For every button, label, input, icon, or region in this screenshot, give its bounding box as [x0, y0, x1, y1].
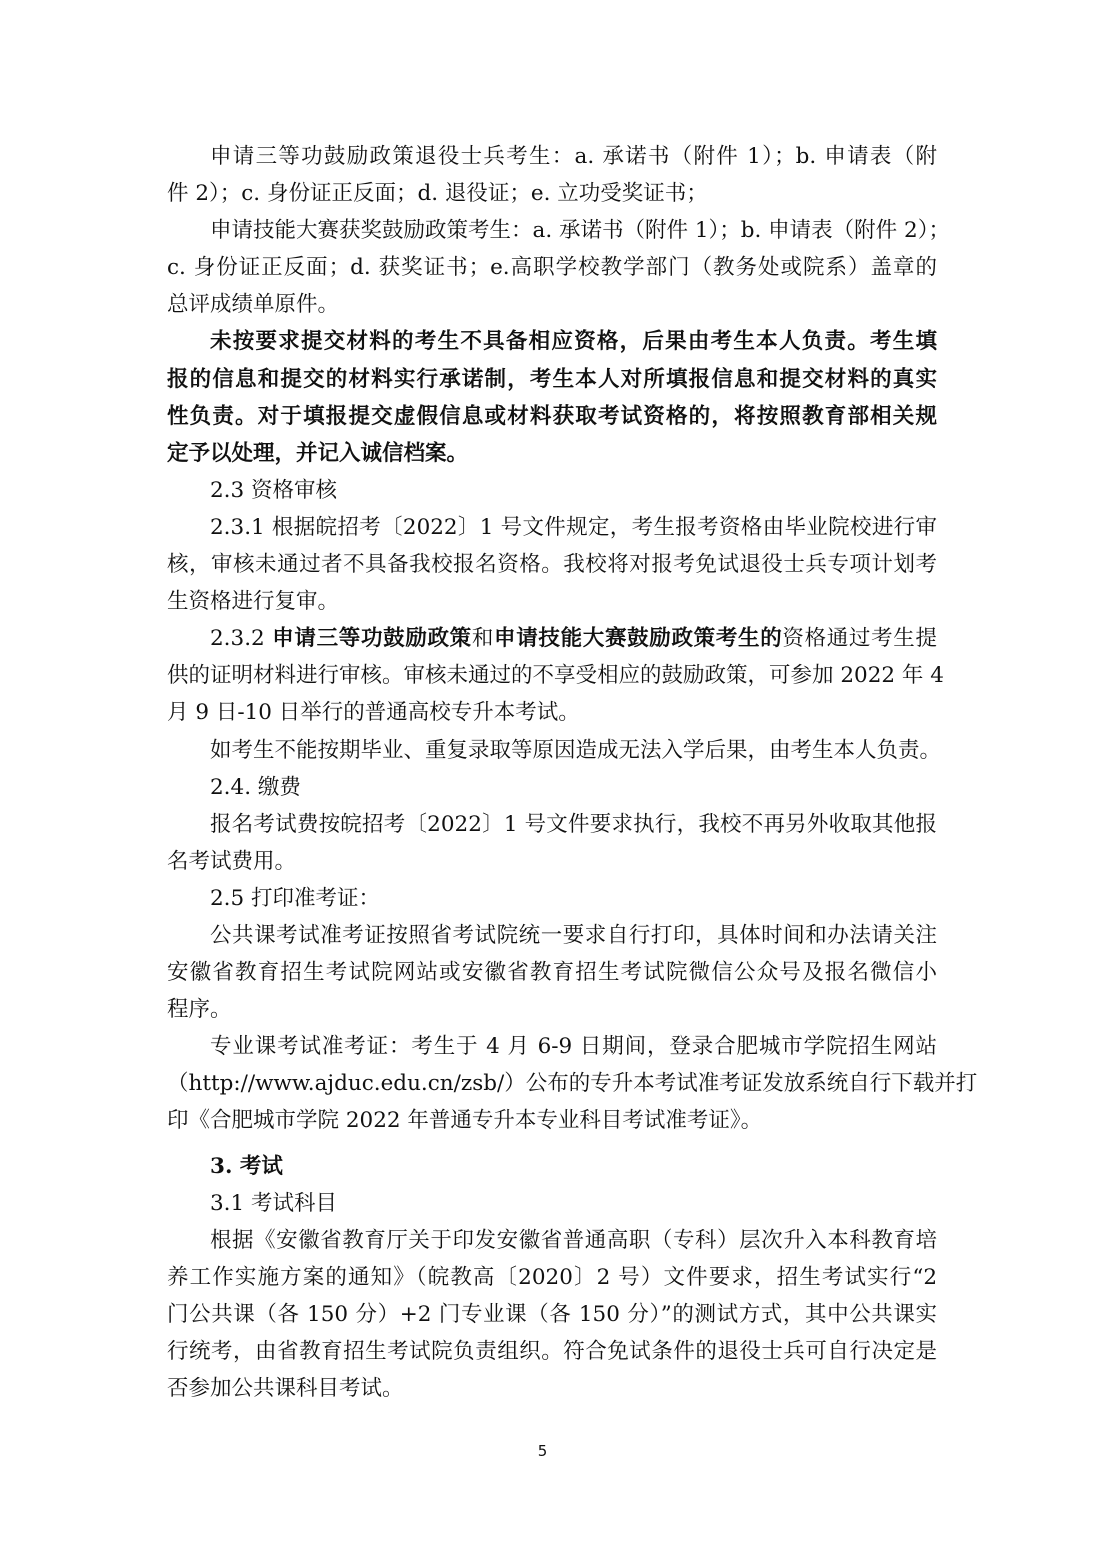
section-heading-2-3: 2.3 资格审核	[167, 472, 937, 509]
section-heading-2-4: 2.4. 缴费	[167, 769, 937, 806]
text-line: 月 9 日-10 日举行的普通高校专升本考试。	[167, 694, 937, 731]
bold-phrase: 申请三等功鼓励政策	[272, 626, 472, 651]
text-line-mixed: 2.3.2 申请三等功鼓励政策和申请技能大赛鼓励政策考生的资格通过考生提	[167, 620, 937, 657]
text-line: 门公共课（各 150 分）+2 门专业课（各 150 分）”的测试方式，其中公共…	[167, 1296, 937, 1333]
text-line: 养工作实施方案的通知》（皖教高〔2020〕2 号）文件要求，招生考试实行“2	[167, 1259, 937, 1296]
text-line: 2.3.1 根据皖招考〔2022〕1 号文件规定，考生报考资格由毕业院校进行审	[167, 509, 937, 546]
section-heading-3: 3. 考试	[167, 1148, 937, 1185]
text-run: 资格通过考生提	[782, 626, 937, 651]
text-line: 申请技能大赛获奖鼓励政策考生：a. 承诺书（附件 1）；b. 申请表（附件 2）…	[167, 212, 937, 249]
text-line: 申请三等功鼓励政策退役士兵考生：a. 承诺书（附件 1）；b. 申请表（附	[167, 138, 937, 175]
page-number: 5	[0, 1442, 1085, 1460]
text-line: 件 2）；c. 身份证正反面；d. 退役证；e. 立功受奖证书；	[167, 175, 937, 212]
text-line: 报名考试费按皖招考〔2022〕1 号文件要求执行，我校不再另外收取其他报	[167, 806, 937, 843]
text-line: 程序。	[167, 991, 937, 1028]
text-line-with-url: （http://www.ajduc.edu.cn/zsb/）公布的专升本考试准考…	[167, 1065, 937, 1102]
text-line: 核，审核未通过者不具备我校报名资格。我校将对报考免试退役士兵专项计划考	[167, 546, 937, 583]
text-line: 公共课考试准考证按照省考试院统一要求自行打印，具体时间和办法请关注	[167, 917, 937, 954]
text-line: 总评成绩单原件。	[167, 286, 937, 323]
text-line: c. 身份证正反面；d. 获奖证书；e.高职学校教学部门（教务处或院系）盖章的	[167, 249, 937, 286]
text-line: 名考试费用。	[167, 843, 937, 880]
text-line: 生资格进行复审。	[167, 583, 937, 620]
warning-line: 未按要求提交材料的考生不具备相应资格，后果由考生本人负责。考生填	[167, 323, 937, 360]
text-line: 供的证明材料进行审核。审核未通过的不享受相应的鼓励政策，可参加 2022 年 4	[167, 657, 937, 694]
document-page: 申请三等功鼓励政策退役士兵考生：a. 承诺书（附件 1）；b. 申请表（附 件 …	[167, 138, 937, 1407]
section-heading-2-5: 2.5 打印准考证：	[167, 880, 937, 917]
warning-line: 报的信息和提交的材料实行承诺制，考生本人对所填报信息和提交材料的真实	[167, 361, 937, 398]
text-line: 否参加公共课科目考试。	[167, 1370, 937, 1407]
text-line: 专业课考试准考证：考生于 4 月 6-9 日期间，登录合肥城市学院招生网站	[167, 1028, 937, 1065]
warning-line: 定予以处理，并记入诚信档案。	[167, 435, 937, 472]
text-line: 如考生不能按期毕业、重复录取等原因造成无法入学后果，由考生本人负责。	[167, 732, 937, 769]
clause-number: 2.3.2	[210, 626, 272, 651]
warning-line: 性负责。对于填报提交虚假信息或材料获取考试资格的，将按照教育部相关规	[167, 398, 937, 435]
text-line: 安徽省教育招生考试院网站或安徽省教育招生考试院微信公众号及报名微信小	[167, 954, 937, 991]
text-line: 印《合肥城市学院 2022 年普通专升本专业科目考试准考证》。	[167, 1102, 937, 1139]
text-line: 行统考，由省教育招生考试院负责组织。符合免试条件的退役士兵可自行决定是	[167, 1333, 937, 1370]
bold-phrase: 申请技能大赛鼓励政策考生的	[494, 626, 782, 651]
text-line: 根据《安徽省教育厅关于印发安徽省普通高职（专科）层次升入本科教育培	[167, 1222, 937, 1259]
section-heading-3-1: 3.1 考试科目	[167, 1185, 937, 1222]
conjunction: 和	[472, 626, 494, 651]
